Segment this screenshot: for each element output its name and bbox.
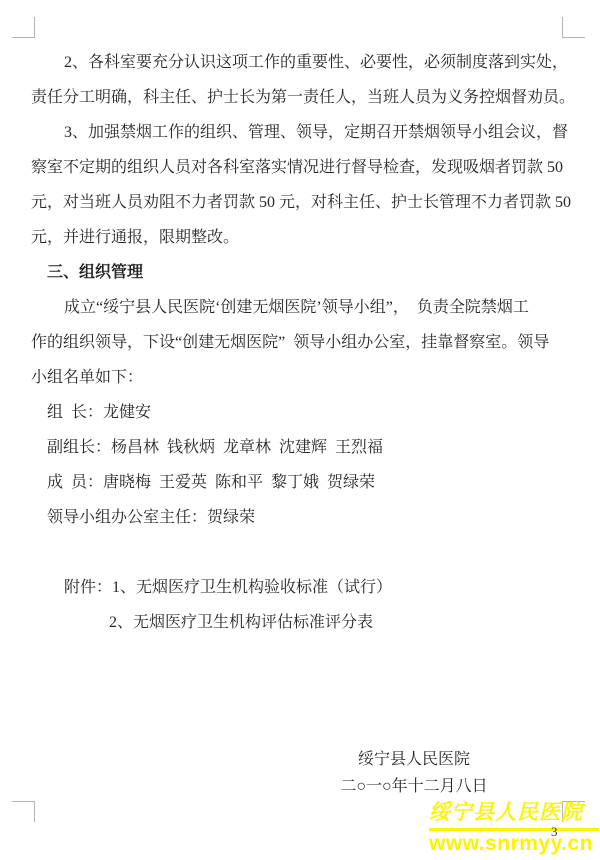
body-line: 成立“绥宁县人民医院‘创建无烟医院’领导小组”， 负责全院禁烟工 xyxy=(31,290,576,325)
body-line: 元，对当班人员劝阻不力者罚款 50 元，对科主任、护士长管理不力者罚款 50 xyxy=(31,185,576,220)
attachment-item: 1、无烟医疗卫生机构验收标准（试行） xyxy=(112,579,392,596)
roster-line-members: 成 员：唐晓梅 王爱英 陈和平 黎丁娥 贺绿荣 xyxy=(31,465,576,500)
body-line: 3、加强禁烟工作的组织、管理、领导，定期召开禁烟领导小组会议，督 xyxy=(31,115,576,150)
document-body: 2、各科室要充分认识这项工作的重要性、必要性，必须制度落到实处， 责任分工明确，… xyxy=(31,45,576,640)
section-heading: 三、组织管理 xyxy=(31,255,576,290)
body-line: 责任分工明确，科主任、护士长为第一责任人，当班人员为义务控烟督劝员。 xyxy=(31,80,576,115)
signature-org: 绥宁县人民医院 xyxy=(328,746,500,773)
roster-line-office-director: 领导小组办公室主任：贺绿荣 xyxy=(31,500,576,535)
crop-mark-bottom-left xyxy=(12,801,35,822)
body-line: 小组名单如下： xyxy=(31,360,576,395)
watermark-hospital-name: 绥宁县人民医院 xyxy=(429,799,599,825)
body-line: 2、各科室要充分认识这项工作的重要性、必要性，必须制度落到实处， xyxy=(31,45,576,80)
site-watermark: 绥宁县人民医院 www.snrmyy.cn xyxy=(429,799,599,855)
attachment-item: 2、无烟医疗卫生机构评估标准评分表 xyxy=(109,614,373,631)
document-page: 2、各科室要充分认识这项工作的重要性、必要性，必须制度落到实处， 责任分工明确，… xyxy=(0,0,600,860)
body-line: 作的组织领导，下设“创建无烟医院” 领导小组办公室，挂靠督察室。领导 xyxy=(31,325,576,360)
attachment-line: 附件：1、无烟医疗卫生机构验收标准（试行） xyxy=(31,570,576,605)
body-line: 察室不定期的组织人员对各科室落实情况进行督导检查，发现吸烟者罚款 50 xyxy=(31,150,576,185)
signature-date: 二○一○年十二月八日 xyxy=(328,773,500,800)
signature-block: 绥宁县人民医院 二○一○年十二月八日 xyxy=(328,746,500,800)
page-number: 3 xyxy=(551,824,558,840)
crop-mark-top-left xyxy=(12,17,35,38)
roster-line-leader: 组 长：龙健安 xyxy=(31,395,576,430)
attachment-line: 2、无烟医疗卫生机构评估标准评分表 xyxy=(31,605,576,640)
attachments-label: 附件： xyxy=(64,579,112,596)
body-line: 元，并进行通报，限期整改。 xyxy=(31,220,576,255)
roster-line-deputy-leaders: 副组长：杨昌林 钱秋炳 龙章林 沈建辉 王烈福 xyxy=(31,430,576,465)
watermark-site-url: www.snrmyy.cn xyxy=(429,828,599,855)
crop-mark-top-right xyxy=(562,17,585,38)
